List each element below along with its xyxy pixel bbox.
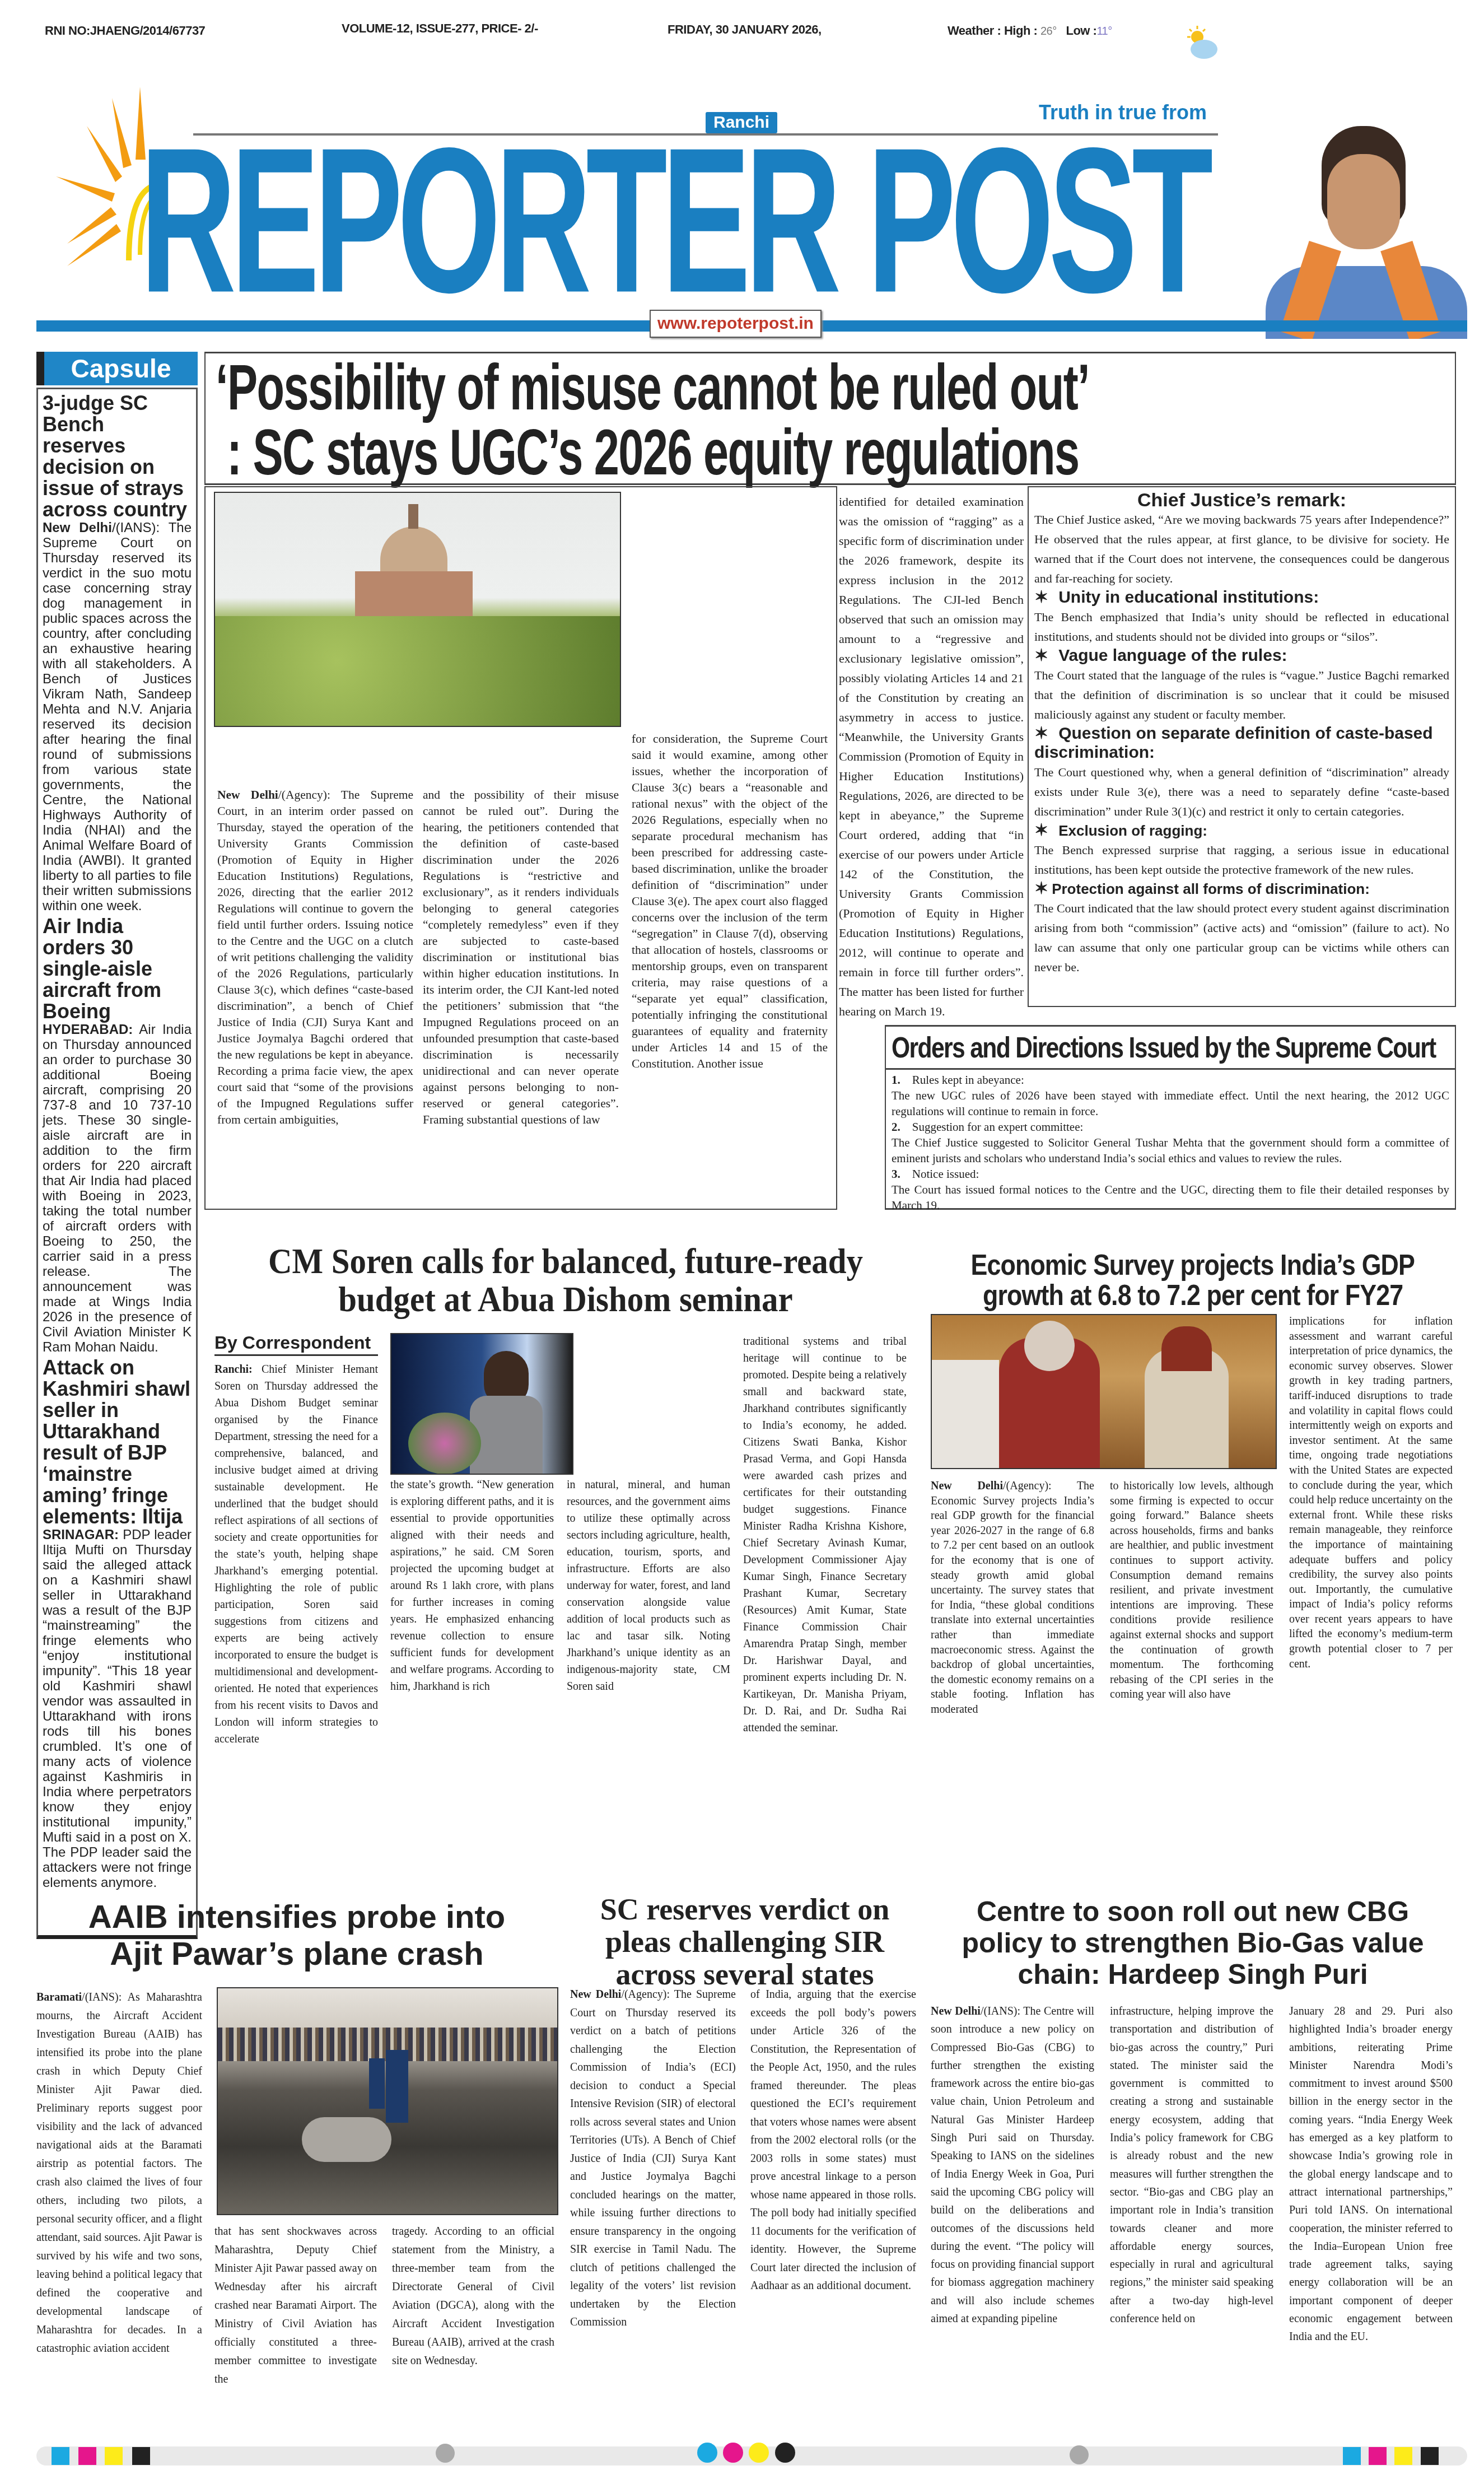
economy-col-1: New Delhi/(Agency): The Economic Survey … [931,1479,1094,1717]
cj-point: ✶Exclusion of ragging:The Bench expresse… [1034,821,1449,879]
lead-col-3: for consideration, the Supreme Court sai… [632,731,828,1072]
headline-line: budget at Abua Dishom seminar [241,1280,890,1318]
economy-col-3: implications for inflation assessment an… [1289,1314,1453,1671]
article-text: The Centre will soon introduce a new pol… [931,2005,1094,2325]
cj-remark-intro: The Chief Justice asked, “Are we moving … [1034,510,1449,588]
headline-line: pleas challenging SIR [560,1926,930,1958]
website-link[interactable]: www.repoterpost.in [650,310,822,338]
point-body: The Court indicated that the law should … [1034,898,1449,977]
star-icon: ✶ [1034,588,1048,607]
capsule-item: 3-judge SC Bench reserves decision on is… [43,393,192,914]
order-heading: Rules kept in abeyance: [912,1073,1024,1087]
order-item: 2. Suggestion for an expert committee:Th… [892,1119,1449,1166]
order-body: The new UGC rules of 2026 have been stay… [892,1088,1449,1119]
capsule-headline: 3-judge SC Bench reserves decision on is… [43,393,192,520]
aaib-col-3: tragedy. According to an official statem… [392,2222,554,2370]
order-number: 2. [892,1120,900,1134]
headline-line: growth at 6.8 to 7.2 per cent for FY27 [983,1280,1403,1311]
yellow-swatch [1394,2447,1412,2465]
issue-date: FRIDAY, 30 JANUARY 2026, [668,22,822,37]
weather-label: Weather : High : [948,24,1040,38]
cyan-dot [697,2443,717,2463]
headline-line: AAIB intensifies probe into [39,1899,554,1936]
capsule-body: Air India on Thursday announced an order… [43,1022,192,1355]
dateline: New Delhi [931,2005,981,2017]
black-swatch [132,2447,150,2465]
order-number: 1. [892,1073,900,1087]
cbg-col-2: infrastructure, helping improve the tran… [1110,2002,1273,2328]
volume-issue-price: VOLUME-12, ISSUE-277, PRICE- 2/- [342,21,538,36]
article-text: The Supreme Court on Thursday reserved i… [570,1988,736,2328]
sir-col-1: New Delhi/(Agency): The Supreme Court on… [570,1986,736,2332]
point-heading: Vague language of the rules: [1058,646,1287,665]
weather-low: 11° [1096,25,1112,38]
sir-col-2: of India, arguing that the exercise exce… [750,1986,916,2295]
star-icon: ✶ [1034,879,1048,898]
star-icon: ✶ [1034,646,1048,665]
source: /(Agency): [1003,1480,1052,1492]
dateline: New Delhi [931,1480,1003,1492]
registration-dot [436,2444,455,2463]
headline-line: Ajit Pawar’s plane crash [39,1936,554,1973]
point-heading: Unity in educational institutions: [1058,588,1319,607]
registration-dot [1070,2445,1089,2464]
soren-photo [390,1333,573,1475]
economy-col-2: to historically low levels, although som… [1110,1479,1273,1702]
aaib-headline: AAIB intensifies probe into Ajit Pawar’s… [39,1899,554,1973]
magenta-dot [723,2443,743,2463]
cyan-swatch [1343,2447,1361,2465]
dateline: Ranchi: [214,1363,253,1376]
dateline: New Delhi [217,788,278,801]
order-item: 1. Rules kept in abeyance:The new UGC ru… [892,1072,1449,1119]
crash-site-photo [217,1987,558,2215]
dateline: New Delhi [43,520,112,535]
weather: Weather : High : 26° Low :11° [948,24,1112,38]
cj-remark-title: Chief Justice’s remark: [1034,491,1449,510]
cbg-col-1: New Delhi/(IANS): The Centre will soon i… [931,2002,1094,2328]
lead-col-4: identified for detailed examination was … [839,492,1024,1021]
source: /(Agency): [278,788,330,801]
headline-line: Centre to soon roll out new CBG [924,1896,1462,1927]
cbg-col-3: January 28 and 29. Puri also highlighted… [1289,2002,1453,2346]
capsule-item: Air India orders 30 single-aisle aircraf… [43,916,192,1355]
magenta-swatch [78,2447,96,2465]
cj-point: ✶Question on separate definition of cast… [1034,724,1449,821]
parliament-photo [931,1314,1277,1469]
soren-col-4: traditional systems and tribal heritage … [743,1333,907,1736]
orders-box: 1. Rules kept in abeyance:The new UGC ru… [885,1070,1456,1210]
source: /(IANS): [981,2005,1020,2017]
headline-line: SC reserves verdict on [560,1893,930,1926]
point-body: The Court questioned why, when a general… [1034,762,1449,821]
lead-col-2: and the possibility of their misuse cann… [423,787,619,1128]
star-icon: ✶ [1034,724,1048,743]
cj-point: ✶Vague language of the rules:The Court s… [1034,646,1449,724]
black-swatch [1421,2447,1439,2465]
economy-headline: Economic Survey projects India’s GDP gro… [924,1250,1462,1311]
dateline: SRINAGAR: [43,1527,119,1542]
order-item: 3. Notice issued:The Court has issued fo… [892,1166,1449,1213]
order-number: 3. [892,1167,900,1181]
order-heading: Suggestion for an expert committee: [912,1120,1084,1134]
partly-cloudy-icon [1182,24,1221,63]
article-text: As Maharashtra mourns, the Aircraft Acci… [36,1991,202,2355]
dateline: Baramati [36,1991,82,2003]
headline-line: CM Soren calls for balanced, future-read… [241,1242,890,1280]
capsule-sidebar: Capsule 3-judge SC Bench reserves decisi… [36,352,198,1939]
lead-headline-line2: : SC stays UGC’s 2026 equity regulations [227,421,1079,484]
dateline: New Delhi [570,1988,621,2001]
source: /(IANS): [112,520,160,535]
lead-headline-line1: ‘Possibility of misuse cannot be ruled o… [216,356,1089,420]
portrait-photo [1254,120,1473,339]
cj-point: ✶Unity in educational institutions:The B… [1034,588,1449,646]
cj-point: ✶Protection against all forms of discrim… [1034,879,1449,977]
capsule-body: PDP leader Iltija Mufti on Thursday said… [43,1527,192,1890]
soren-col-3: in natural, mineral, and human resources… [567,1476,730,1695]
soren-col-2: the state’s growth. “New generation is e… [390,1476,554,1695]
lead-headline-box: ‘Possibility of misuse cannot be ruled o… [204,352,1456,485]
capsule-item: Attack on Kashmiri shawl seller in Uttar… [43,1357,192,1890]
star-icon: ✶ [1034,821,1048,840]
capsule-title: Capsule [36,352,198,385]
article-text: The Supreme Court, in an interim order p… [217,788,413,1126]
capsule-box: 3-judge SC Bench reserves decision on is… [36,388,198,1939]
supreme-court-photo [214,492,621,727]
source: /(IANS): [82,1991,122,2003]
point-body: The Court stated that the language of th… [1034,665,1449,724]
soren-col-1: Ranchi: Chief Minister Hemant Soren on T… [214,1361,378,1747]
article-text: The Economic Survey projects India’s rea… [931,1480,1094,1716]
black-dot [775,2443,795,2463]
point-heading: Exclusion of ragging: [1058,822,1207,839]
point-body: The Bench emphasized that India’s unity … [1034,607,1449,646]
headline-line: policy to strengthen Bio-Gas value [924,1927,1462,1959]
capsule-headline: Air India orders 30 single-aisle aircraf… [43,916,192,1022]
cyan-swatch [52,2447,69,2465]
rni-number: RNI NO:JHAENG/2014/67737 [45,24,205,38]
dateline: HYDERABAD: [43,1022,133,1037]
order-body: The Chief Justice suggested to Solicitor… [892,1135,1449,1166]
cj-remark-box: Chief Justice’s remark: The Chief Justic… [1028,486,1456,1007]
aaib-col-2: that has sent shockwaves across Maharash… [214,2222,377,2389]
headline-line: chain: Hardeep Singh Puri [924,1959,1462,1990]
article-text: Chief Minister Hemant Soren on Thursday … [214,1363,378,1745]
sir-headline: SC reserves verdict on pleas challenging… [560,1893,930,1991]
source: /(Agency): [621,1988,670,2001]
point-heading: Protection against all forms of discrimi… [1052,880,1370,897]
yellow-dot [749,2443,769,2463]
byline: By Correspondent [214,1333,378,1356]
cbg-headline: Centre to soon roll out new CBG policy t… [924,1896,1462,1990]
soren-headline: CM Soren calls for balanced, future-read… [241,1242,890,1318]
capsule-body: The Supreme Court on Thursday reserved i… [43,520,192,914]
newspaper-title: REPORTER POST [140,134,1207,308]
lead-col-1: New Delhi/(Agency): The Supreme Court, i… [217,787,413,1128]
capsule-headline: Attack on Kashmiri shawl seller in Uttar… [43,1357,192,1527]
headline-line: Economic Survey projects India’s GDP [971,1250,1415,1280]
weather-low-label: Low : [1066,24,1096,38]
aaib-col-1: Baramati/(IANS): As Maharashtra mourns, … [36,1988,202,2358]
orders-title: Orders and Directions Issued by the Supr… [892,1031,1436,1065]
point-body: The Bench expressed surprise that raggin… [1034,840,1449,879]
magenta-swatch [1369,2447,1387,2465]
point-heading: Question on separate definition of caste… [1034,724,1433,762]
weather-high: 26° [1040,25,1057,38]
order-heading: Notice issued: [912,1167,979,1181]
yellow-swatch [105,2447,123,2465]
orders-title-box: Orders and Directions Issued by the Supr… [885,1025,1456,1070]
order-body: The Court has issued formal notices to t… [892,1182,1449,1213]
